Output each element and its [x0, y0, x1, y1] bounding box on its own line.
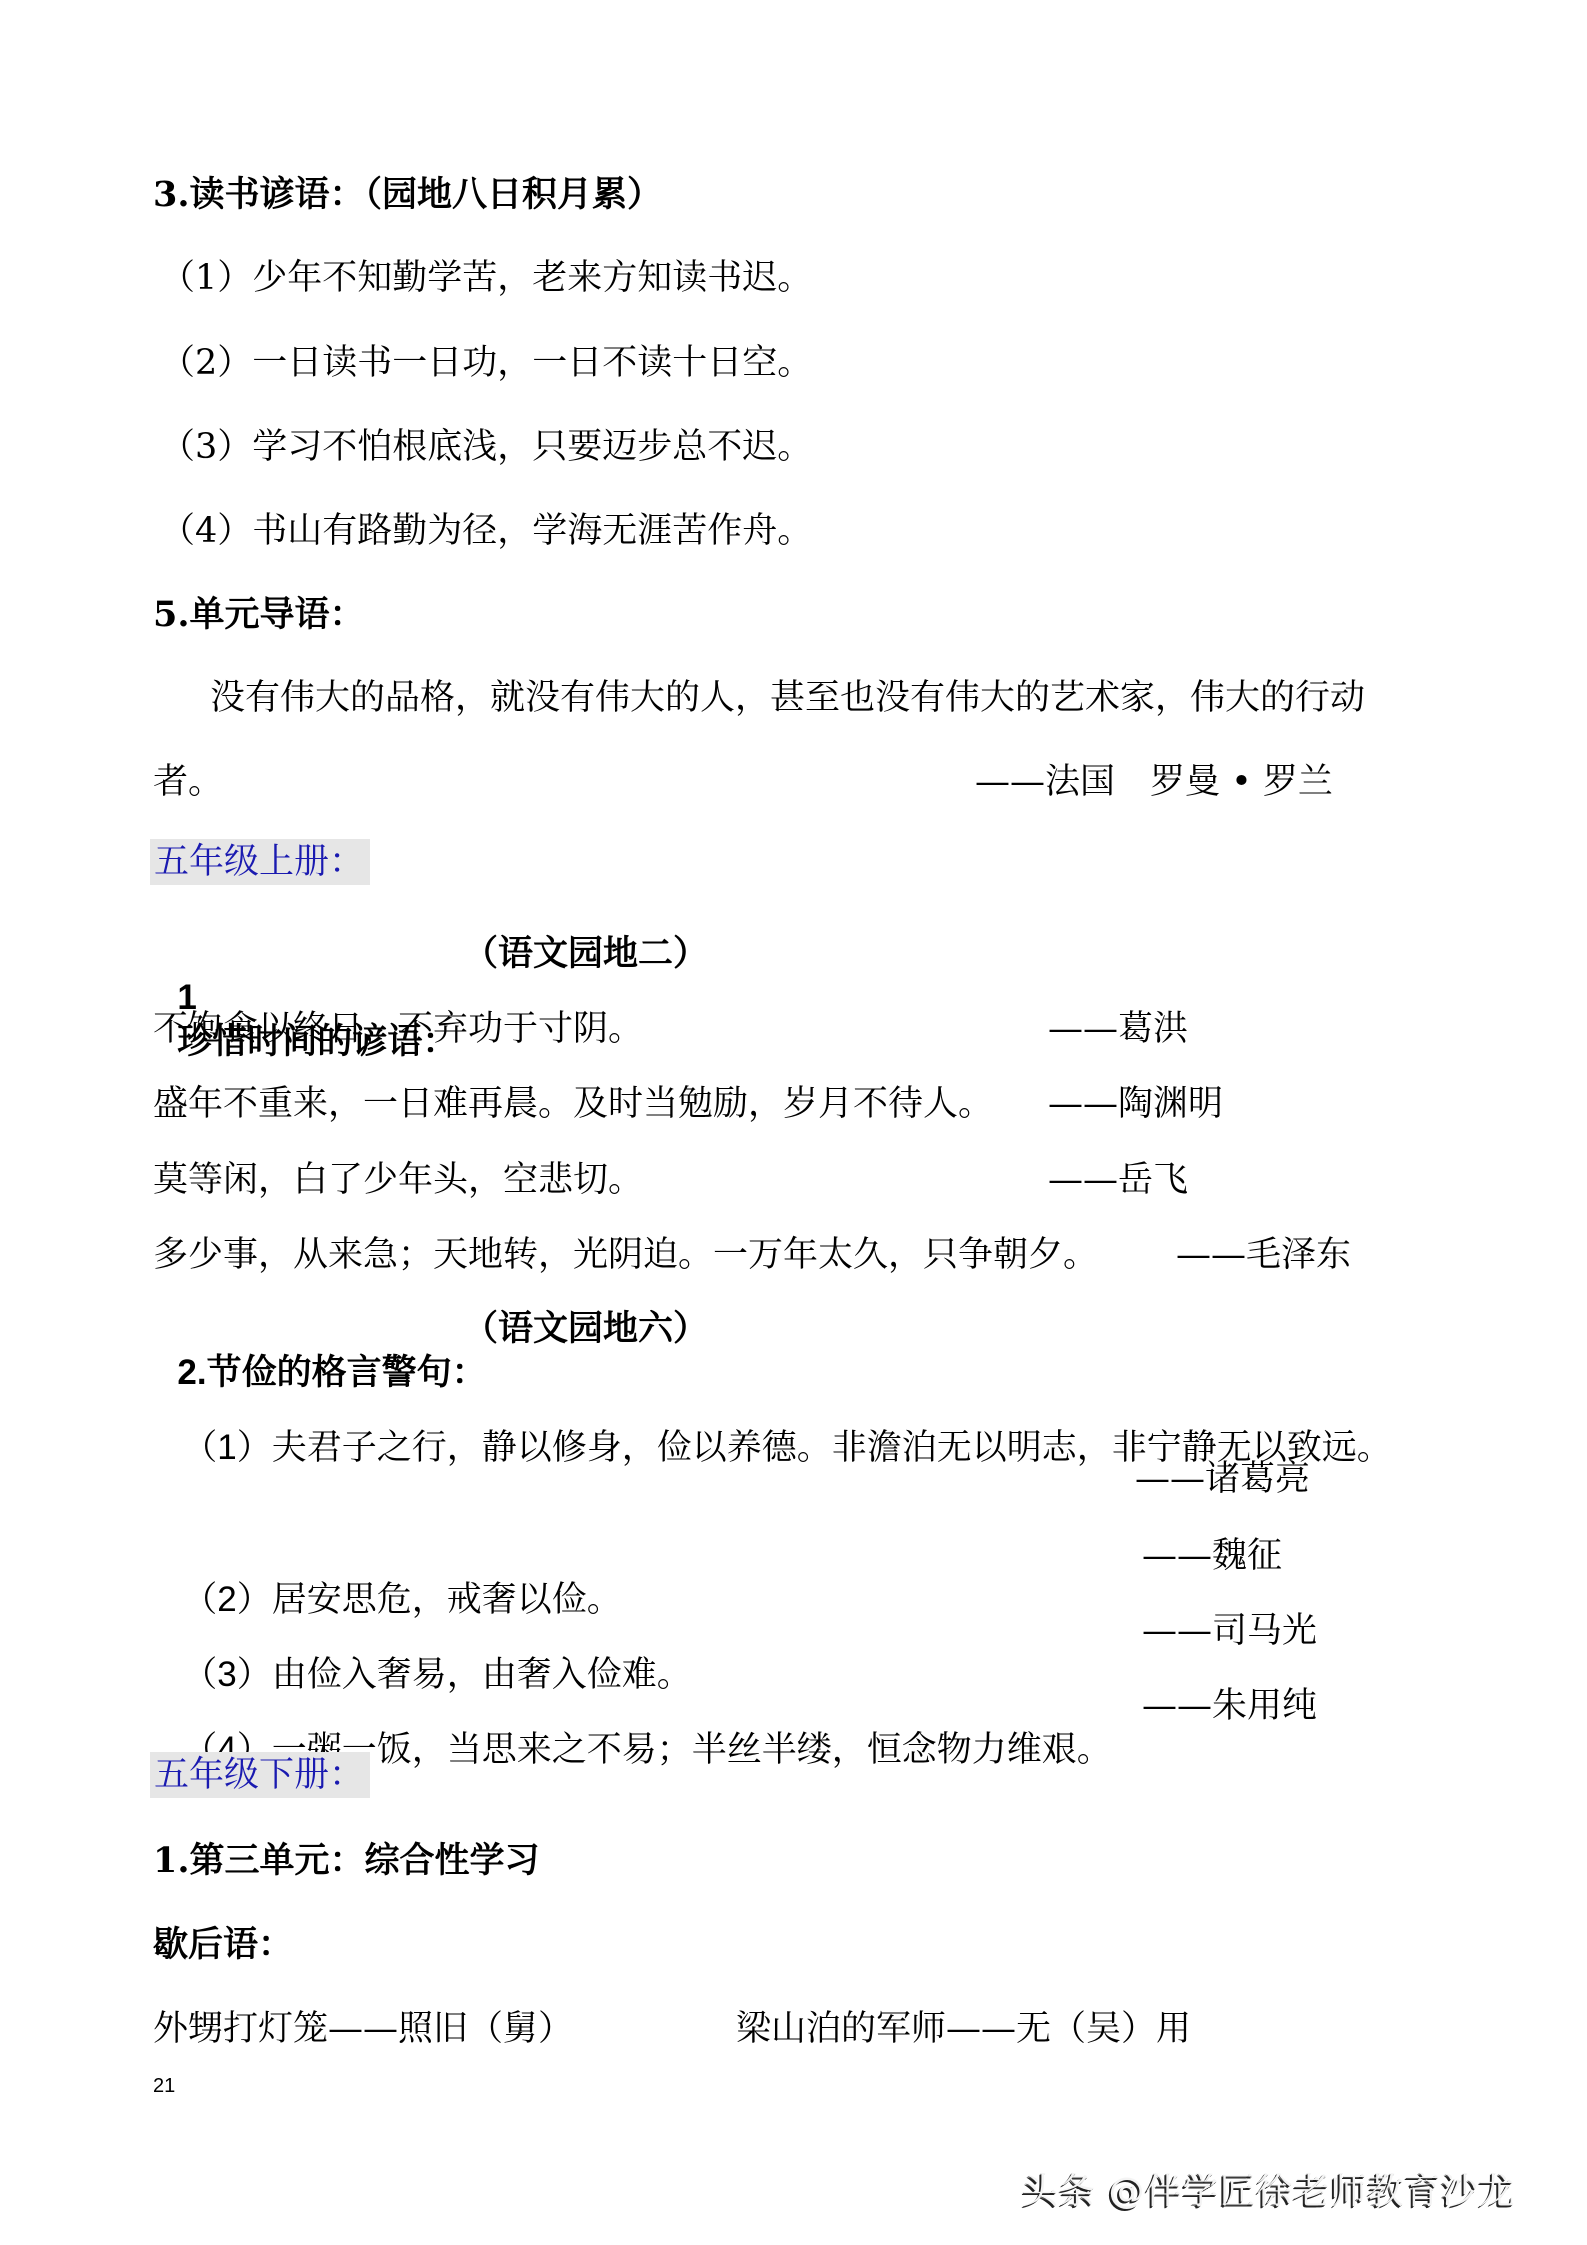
proverb-item: （1）少年不知勤学苦，老来方知读书迟。	[160, 256, 812, 300]
maxim-text: 一粥一饭，当思来之不易；半丝半缕，恒念物力维艰。	[272, 1730, 1112, 1770]
quote-text: 莫等闲，白了少年头，空悲切。	[153, 1158, 643, 1202]
intro-paragraph-line: 没有伟大的品格，就没有伟大的人，甚至也没有伟大的艺术家，伟大的行动	[210, 676, 1365, 720]
quote-author: ——岳飞	[1048, 1158, 1188, 1202]
maxim-author: ——司马光	[1142, 1609, 1317, 1653]
quote-author: ——葛洪	[1048, 1007, 1188, 1051]
section-heading-reading-proverbs: 3.读书谚语：（园地八日积月累）	[153, 173, 662, 217]
topic-source: （语文园地二）	[463, 932, 708, 976]
unit-heading: 1.第三单元：综合性学习	[153, 1839, 540, 1883]
intro-paragraph-line: 者。	[153, 760, 223, 804]
proverb-item: （2）一日读书一日功，一日不读十日空。	[160, 341, 812, 385]
quote-text: 盛年不重来，一日难再晨。及时当勉励，岁月不待人。	[153, 1082, 993, 1126]
topic-source: （语文园地六）	[463, 1307, 708, 1351]
maxim-author: ——诸葛亮	[1135, 1457, 1310, 1501]
xiehouyu-item: 梁山泊的军师——无（吴）用	[736, 2007, 1191, 2051]
quote-text: 不饱食以终日，不弃功于寸阴。	[153, 1007, 643, 1051]
proverb-item: （3）学习不怕根底浅，只要迈步总不迟。	[160, 425, 812, 469]
grade-label-volume-2: 五年级下册：	[150, 1752, 370, 1798]
watermark: 头条 @伴学匠徐老师教育沙龙	[1022, 2163, 1515, 2214]
xiehouyu-label: 歇后语：	[153, 1923, 293, 1967]
quote-author: ——陶渊明	[1048, 1082, 1223, 1126]
grade-label-volume-1: 五年级上册：	[150, 839, 370, 885]
intro-attribution: ——法国 罗曼 • 罗兰	[975, 760, 1333, 804]
section-heading-unit-intro: 5.单元导语：	[153, 593, 365, 637]
maxim-author: ——朱用纯	[1142, 1684, 1317, 1728]
xiehouyu-item: 外甥打灯笼——照旧（舅）	[153, 2007, 573, 2051]
page-number: 21	[153, 2074, 175, 2098]
quote-author: ——毛泽东	[1176, 1233, 1351, 1277]
maxim-author: ——魏征	[1142, 1534, 1282, 1578]
proverb-item: （4）书山有路勤为径，学海无涯苦作舟。	[160, 509, 812, 553]
quote-text: 多少事，从来急；天地转，光阴迫。一万年太久，只争朝夕。	[153, 1233, 1098, 1277]
maxim-number: （1）	[182, 1428, 271, 1467]
